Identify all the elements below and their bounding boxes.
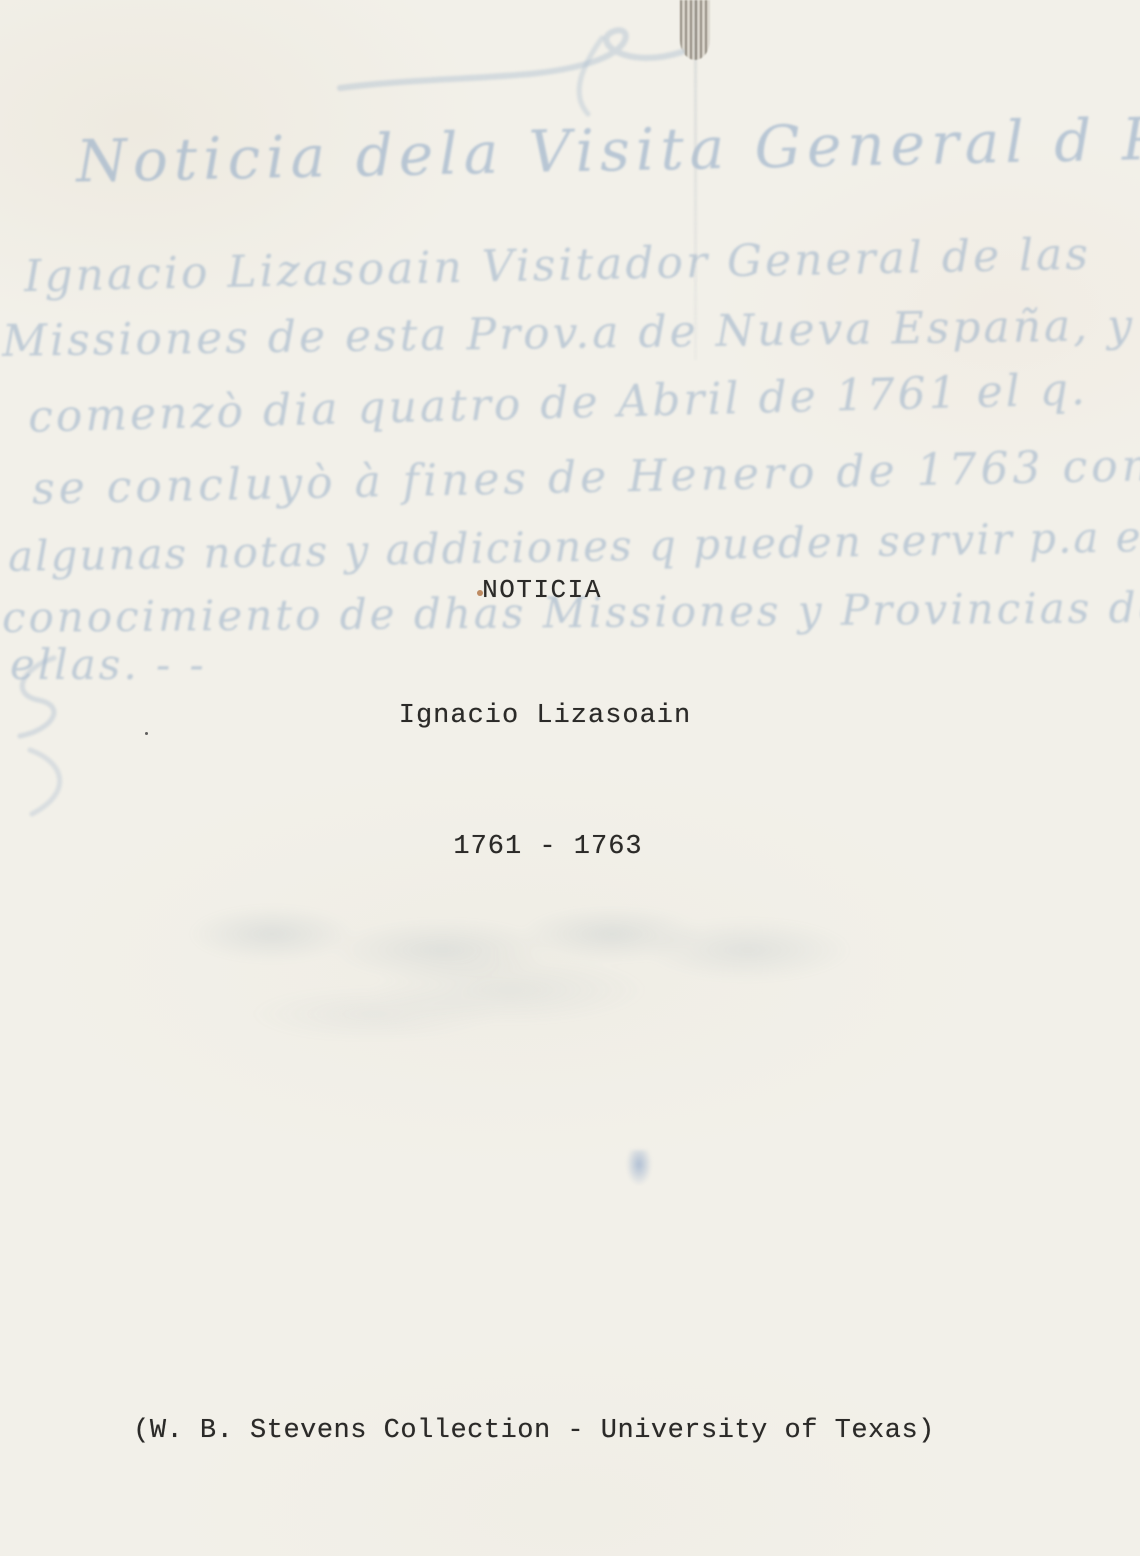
handwriting-line: algunas notas y addiciones q pueden serv… [8,512,1140,581]
handwriting-flourish-top [330,8,750,118]
handwriting-line: Ignacio Lizasoain Visitador General de l… [24,229,1092,302]
ink-dot-small [145,732,148,735]
handwriting-line: comenzò dia quatro de Abril de 1761 el q… [28,364,1089,443]
handwriting-line: se concluyò à fines de Henero de 1763 co… [32,440,1140,514]
ink-smudge-band [170,878,850,1038]
typed-author: Ignacio Lizasoain [0,701,1115,731]
handwriting-flourish-left [0,650,122,830]
typed-title: NOTICIA [0,575,1112,605]
handwriting-line: Noticia dela Visita General d P. [75,104,1140,195]
typed-date-range: 1761 - 1763 [0,832,1118,862]
ink-blob-blue [626,1150,652,1186]
typed-attribution: (W. B. Stevens Collection - University o… [0,1416,1104,1446]
manuscript-title-page: Noticia dela Visita General d P. Ignacio… [0,0,1140,1556]
handwriting-line: Missiones de esta Prov.a de Nueva España… [2,300,1136,367]
